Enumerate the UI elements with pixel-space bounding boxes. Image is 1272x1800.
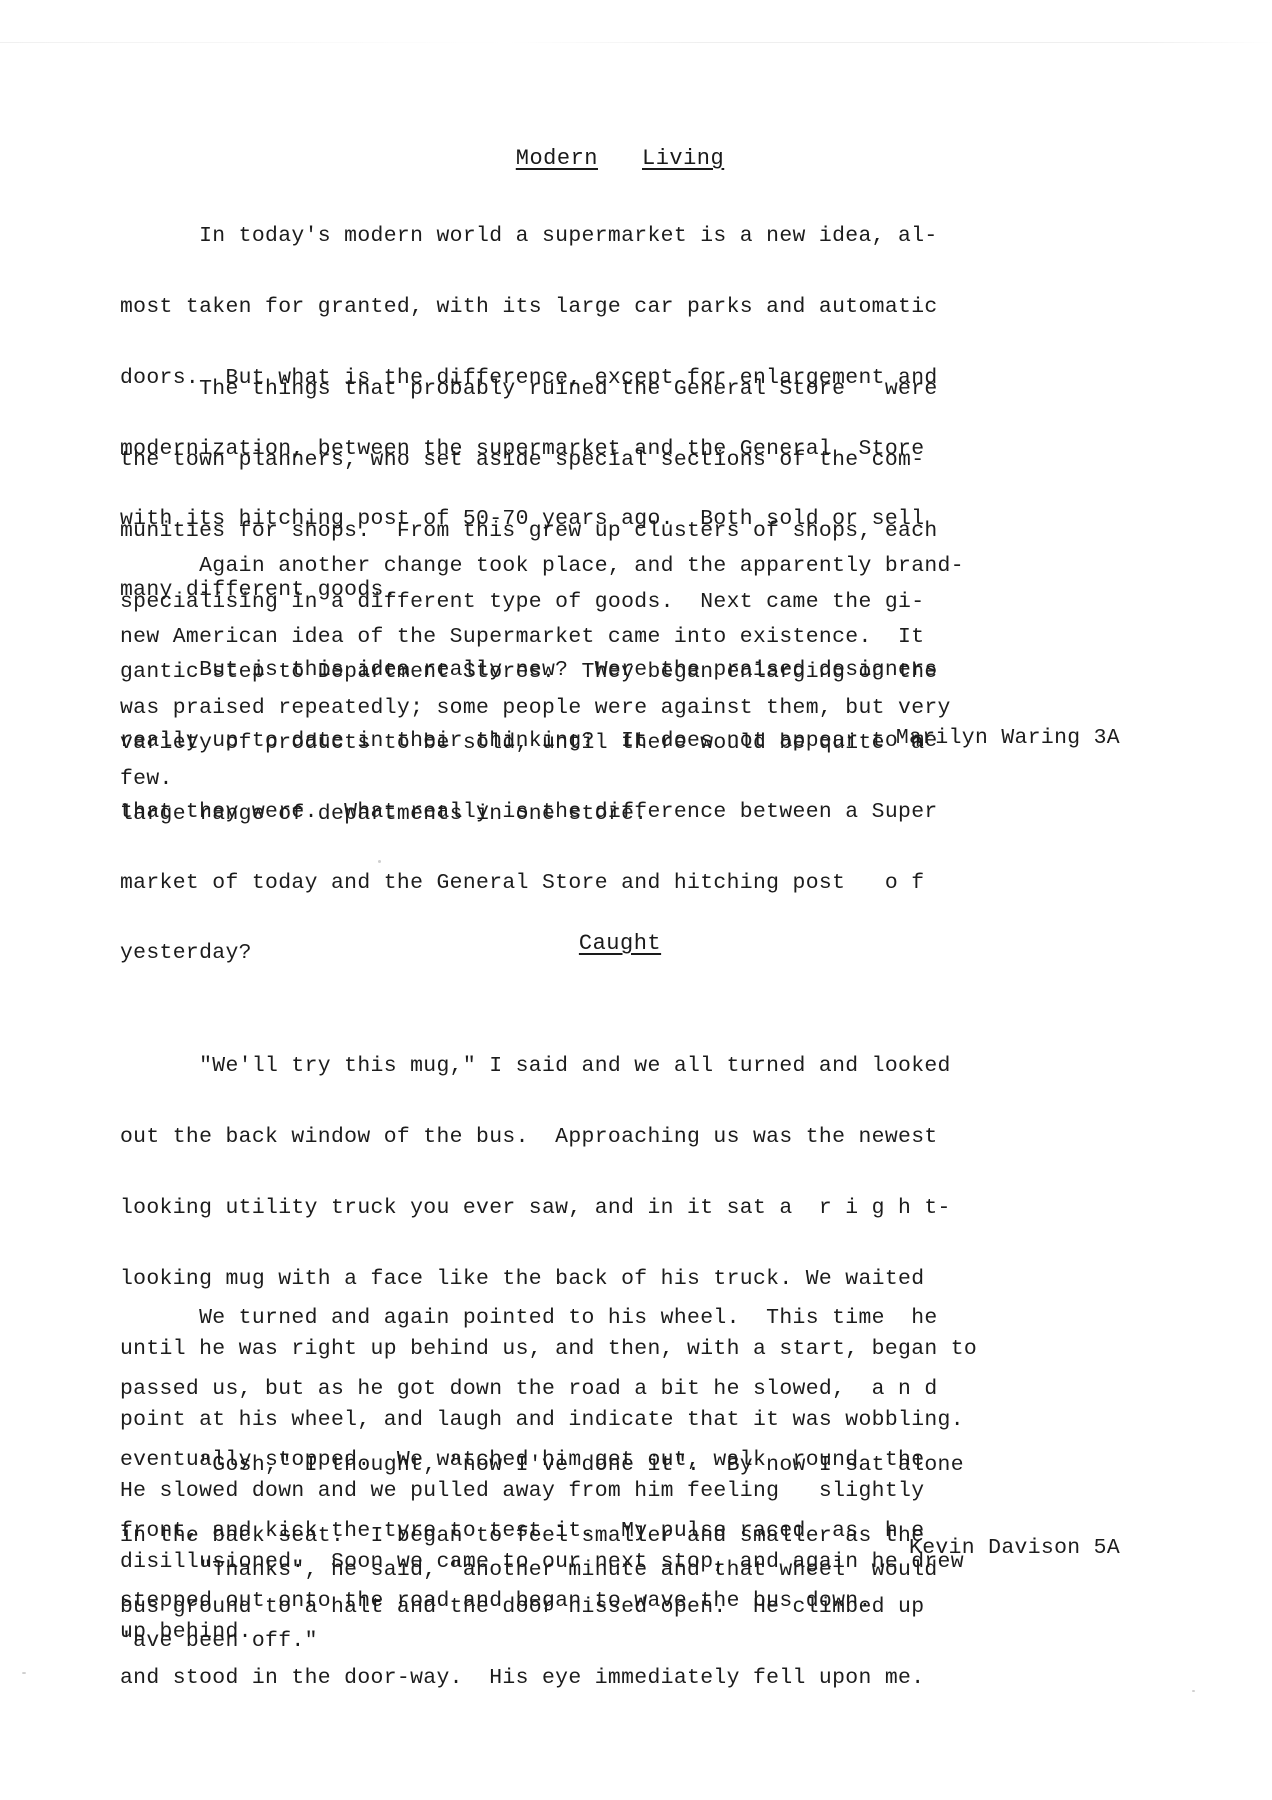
text-line: looking utility truck you ever saw, and … — [120, 1197, 1120, 1221]
text-line: "Thanks", he said, "another minute and t… — [120, 1559, 1120, 1583]
text-line: passed us, but as he got down the road a… — [120, 1378, 1120, 1402]
article-1-author: Marilyn Waring 3A — [896, 726, 1120, 750]
text-line: In today's modern world a supermarket is… — [120, 225, 1120, 249]
text-line: "Gosh," I thought, "now I've done it". B… — [120, 1454, 1120, 1478]
text-line: 'ave been off." — [120, 1630, 1120, 1654]
text-line: market of today and the General Store an… — [120, 872, 1120, 896]
title-word: Caught — [579, 931, 661, 956]
title-word: Living — [642, 146, 724, 171]
article-title-modern-living: ModernLiving — [120, 146, 1120, 171]
article-2-author: Kevin Davison 5A — [909, 1536, 1120, 1560]
scan-speck — [1192, 1690, 1195, 1692]
text-line: that they were. What really is the diffe… — [120, 801, 1120, 825]
scan-artifact-line — [0, 42, 1272, 43]
scan-speck — [22, 1672, 26, 1674]
text-line: "We'll try this mug," I said and we all … — [120, 1055, 1120, 1079]
text-line: But is this idea really new? Were the pr… — [120, 659, 1120, 683]
scan-speck — [378, 860, 381, 863]
text-line: We turned and again pointed to his wheel… — [120, 1307, 1120, 1331]
text-line: the town planners, who set aside special… — [120, 449, 1120, 473]
text-line: most taken for granted, with its large c… — [120, 296, 1120, 320]
text-line: Again another change took place, and the… — [120, 555, 1120, 579]
title-word: Modern — [516, 146, 598, 171]
text-line: out the back window of the bus. Approach… — [120, 1126, 1120, 1150]
article-title-caught: Caught — [120, 931, 1120, 956]
text-line: The things that probably ruined the Gene… — [120, 378, 1120, 402]
